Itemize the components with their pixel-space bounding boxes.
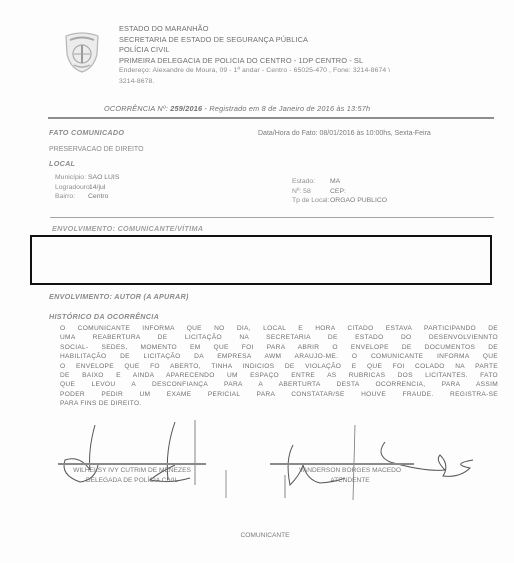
historico-line: HABILITAÇÃO DE LICITAÇÃO DA EMPRESA AWM … [60,352,498,361]
historico-line: QUE LEVOU A DESCONFIANÇA PARA A ABERTURT… [60,380,498,389]
signatory-role-delegada: DELEGADA DE POLÍCIA CIVIL [58,477,206,484]
signature-line-delegada [58,463,206,465]
header-line-state: ESTADO DO MARANHÃO [119,24,390,35]
signature-atendente [265,420,485,500]
occurrence-registered: - Registrado em 8 de Janeiro de 2016 às … [205,104,371,113]
occurrence-title: OCORRÊNCIA Nº: 259/2016 - Registrado em … [104,104,370,113]
redaction-box [30,235,492,285]
local-left: Município:SAO LUIS Logradouro:14/jul Bai… [55,174,119,203]
bairro-value: Centro [88,193,108,203]
local-right: Estado:MA Nº: 58CEP: Tp de Local:ORGAO P… [292,178,387,207]
occurrence-number: 259/2016 [170,104,202,113]
signature-line-atendente [270,463,414,465]
tipo-local-label: Tp de Local: [292,197,330,207]
signatory-role-atendente: ATENDENTE [276,477,424,484]
policia-civil-badge-icon [62,30,102,74]
municipio-value: SAO LUIS [88,174,119,184]
header-line-delegacia: PRIMEIRA DELEGACIA DE POLICIA DO CENTRO … [119,56,390,67]
header-line-secretaria: SECRETARIA DE ESTADO DE SEGURANÇA PÚBLIC… [119,35,390,46]
estado-value: MA [330,178,340,188]
header-address: Endereço: Alexandre de Moura, 09 - 1º an… [119,66,390,77]
historico-text: O COMUNICANTE INFORMA QUE NO DIA, LOCAL … [60,324,498,409]
historico-line: PARA FINS DE DIREITO. [60,399,498,408]
fato-title: FATO COMUNICADO [49,128,124,137]
historico-line: UMA REABERTURA DE LICITAÇÃO NA SECRETARI… [60,333,498,342]
historico-title: HISTÓRICO DA OCORRÊNCIA [49,312,159,321]
tipo-local-value: ORGAO PUBLICO [330,197,387,207]
numero-label: Nº: 58 [292,188,330,198]
logradouro-label: Logradouro: [55,184,89,194]
signatory-name-delegada: WILHELSY IVY CUTRIM DE MENEZES [58,467,206,474]
logradouro-value: 14/jul [89,184,105,194]
signatory-role-comunicante: COMUNICANTE [215,532,315,539]
historico-line: O ENVELOPE QUE FO ABERTO, TINHA INDICIOS… [60,362,498,371]
fato-type: PRESERVACAO DE DIREITO [49,146,144,153]
header-address-cont: 3214-8678. [119,77,390,88]
signatory-name-atendente: VANDERSON BORGES MACEDO [276,467,424,474]
historico-line: SOCIAL- SEDES, MOMENTO EM QUE FOI PARA A… [60,343,498,352]
signature-delegada [50,420,250,500]
historico-line: PODER PEDIR UM EXAME PERICIAL PARA CONST… [60,390,498,399]
historico-line: DE BAIXO E AINDA APARECENDO UM ESPAÇO EN… [60,371,498,380]
header-block: ESTADO DO MARANHÃO SECRETARIA DE ESTADO … [119,24,390,88]
header-line-policia: POLÍCIA CIVIL [119,45,390,56]
divider [48,117,494,119]
envolvimento-autor-title: ENVOLVIMENTO: AUTOR (A APURAR) [49,292,189,301]
occurrence-label: OCORRÊNCIA Nº: [104,104,168,113]
envolvimento-comunicante-title: ENVOLVIMENTO: COMUNICANTE/VÍTIMA [52,224,203,231]
bairro-label: Bairro: [55,193,88,203]
local-title: LOCAL [49,159,75,168]
estado-label: Estado: [292,178,330,188]
municipio-label: Município: [55,174,88,184]
cep-label: CEP: [330,188,346,198]
historico-line: O COMUNICANTE INFORMA QUE NO DIA, LOCAL … [60,324,498,333]
fato-datetime: Data/Hora do Fato: 08/01/2016 às 10:00hs… [258,130,431,137]
divider [50,217,494,218]
